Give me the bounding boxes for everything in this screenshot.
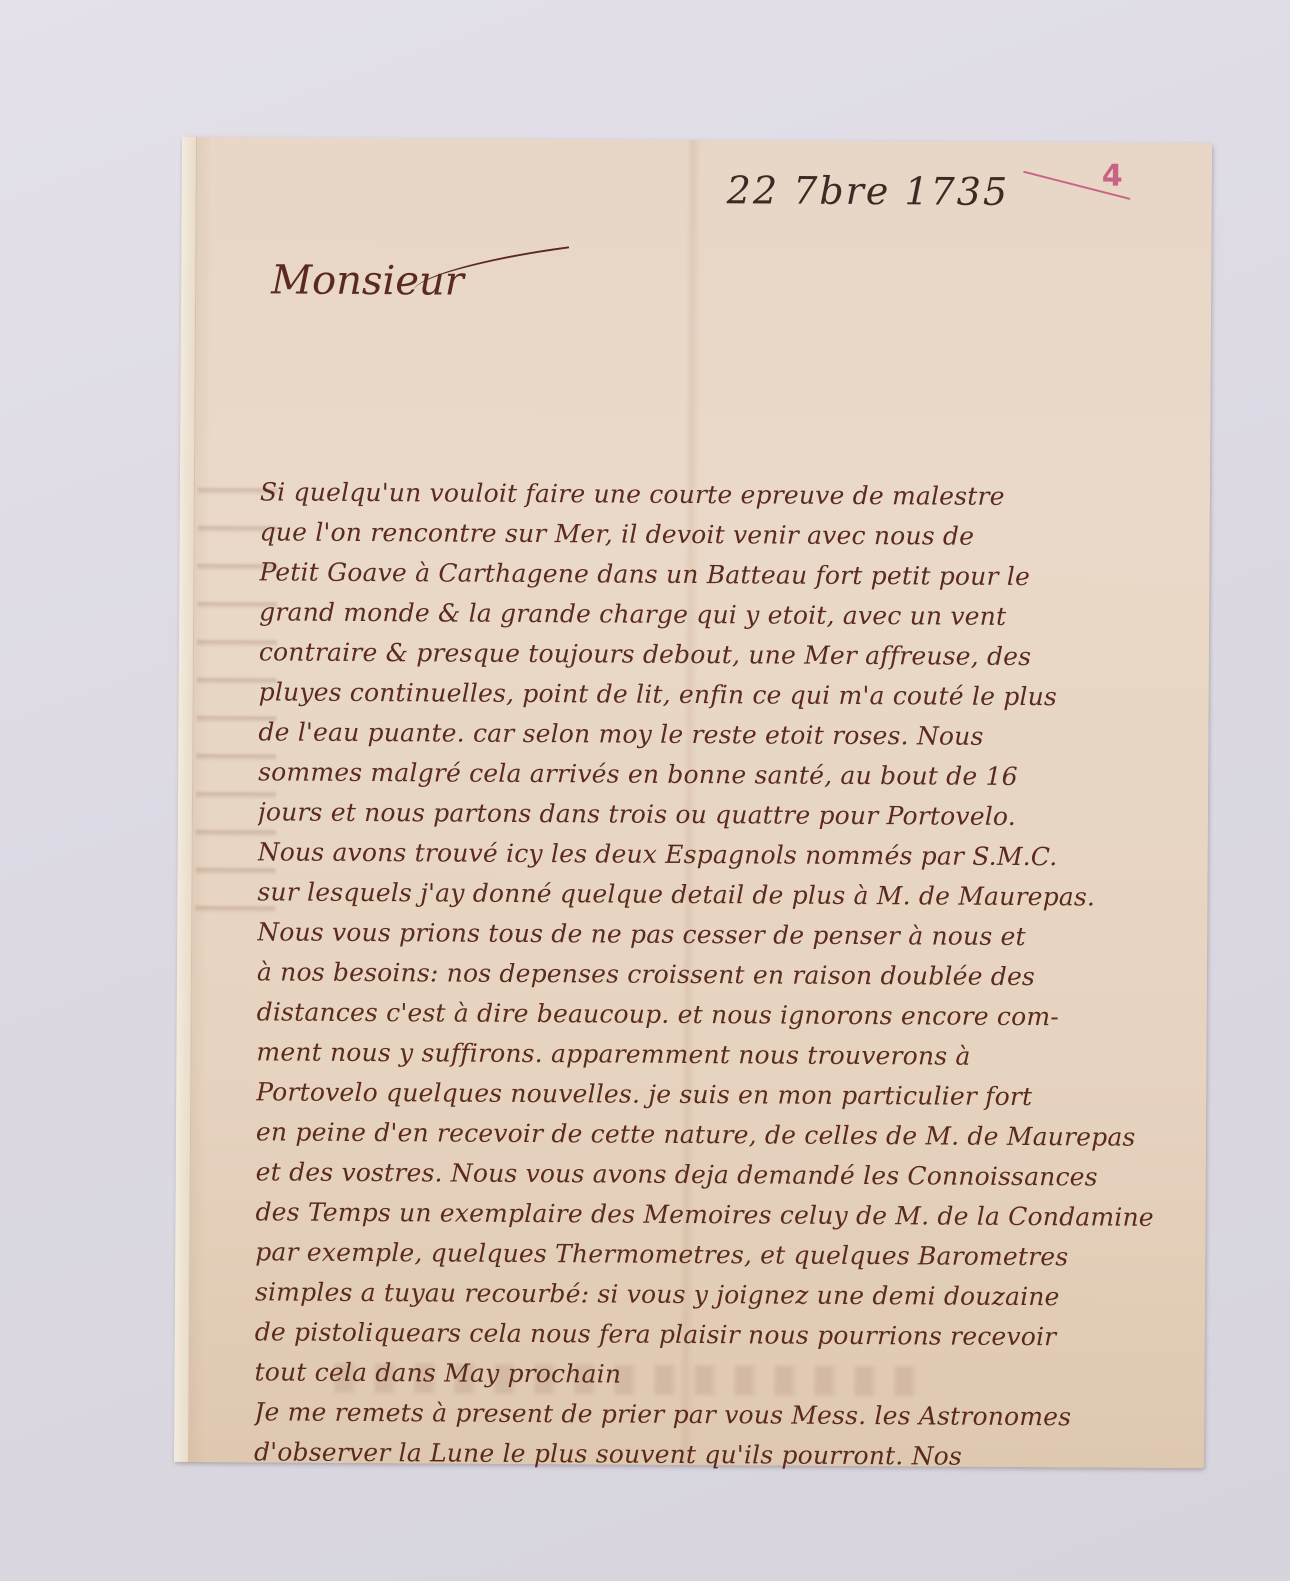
- letter-line: Je me remets à present de prier par vous…: [254, 1392, 1184, 1438]
- letter-line: pluyes continuelles, point de lit, enfin…: [259, 672, 1189, 718]
- letter-line: distances c'est à dire beaucoup. et nous…: [257, 992, 1187, 1038]
- letter-body: Si quelqu'un vouloit faire une courte ep…: [254, 472, 1190, 1478]
- letter-line: Si quelqu'un vouloit faire une courte ep…: [260, 472, 1190, 518]
- letter-line: ment nous y suffirons. apparemment nous …: [256, 1032, 1186, 1078]
- letter-line: simples a tuyau recourbé: si vous y joig…: [255, 1272, 1185, 1318]
- letter-line: d'observer la Lune le plus souvent qu'il…: [254, 1432, 1184, 1478]
- letter-line: Nous vous prions tous de ne pas cesser d…: [257, 912, 1187, 958]
- archive-mark: 4: [1022, 164, 1142, 215]
- letter-line: de pistoliquears cela nous fera plaisir …: [255, 1312, 1185, 1358]
- letter-line: tout cela dans May prochain: [254, 1352, 1184, 1398]
- letter-line: Nous avons trouvé icy les deux Espagnols…: [258, 832, 1188, 878]
- letter-line: à nos besoins: nos depenses croissent en…: [257, 952, 1187, 998]
- letter-line: par exemple, quelques Thermometres, et q…: [255, 1232, 1185, 1278]
- letter-line: sur lesquels j'ay donné quelque detail d…: [257, 872, 1187, 918]
- letter-line: grand monde & la grande charge qui y eto…: [259, 592, 1189, 638]
- letter-line: sommes malgré cela arrivés en bonne sant…: [258, 752, 1188, 798]
- letter-date: 22 7bre 1735: [727, 168, 1010, 214]
- letter-line: contraire & presque toujours debout, une…: [259, 632, 1189, 678]
- letter-line: Petit Goave à Carthagene dans un Batteau…: [259, 552, 1189, 598]
- archive-mark-number: 4: [1102, 158, 1123, 193]
- letter-page: 22 7bre 1735 4 Monsieur Si quelqu'un vou…: [174, 137, 1212, 1468]
- letter-line: en peine d'en recevoir de cette nature, …: [256, 1112, 1186, 1158]
- letter-line: des Temps un exemplaire des Memoires cel…: [255, 1192, 1185, 1238]
- letter-line: Portovelo quelques nouvelles. je suis en…: [256, 1072, 1186, 1118]
- page-fold-edge: [174, 137, 197, 1462]
- letter-line: et des vostres. Nous vous avons deja dem…: [256, 1152, 1186, 1198]
- letter-line: que l'on rencontre sur Mer, il devoit ve…: [260, 512, 1190, 558]
- letter-line: jours et nous partons dans trois ou quat…: [258, 792, 1188, 838]
- letter-line: de l'eau puante. car selon moy le reste …: [258, 712, 1188, 758]
